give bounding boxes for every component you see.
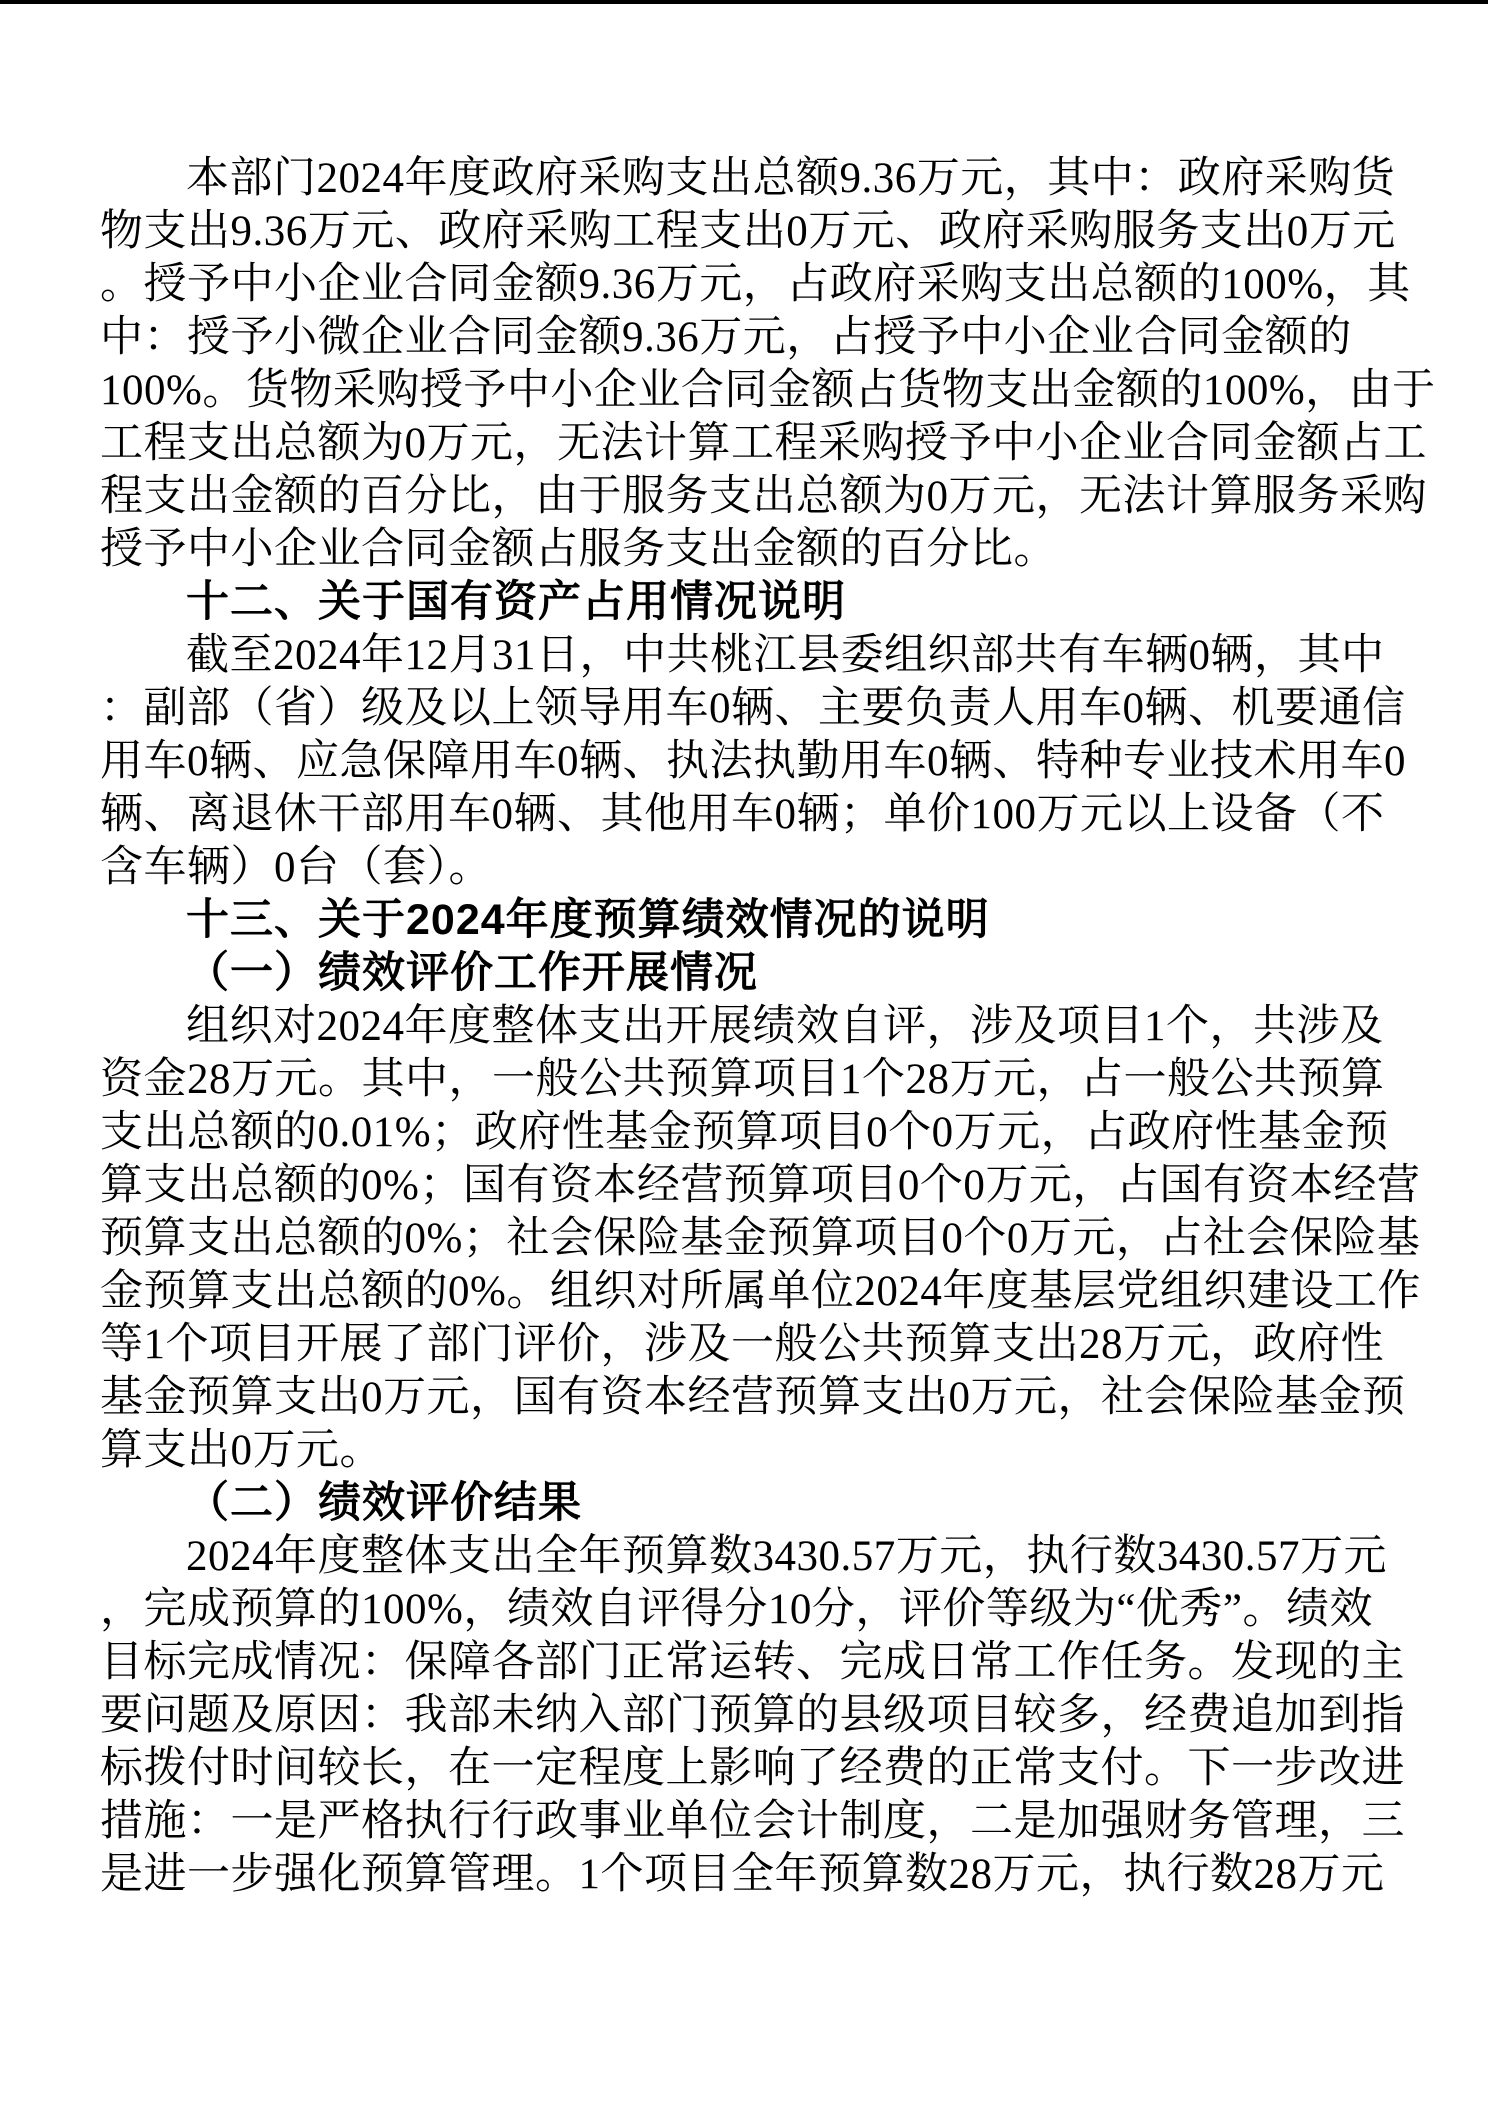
text-line: 等1个项目开展了部门评价，涉及一般公共预算支出28万元，政府性	[100, 1318, 1400, 1371]
section-heading: （一）绩效评价工作开展情况	[100, 947, 1400, 1000]
heading-line: 十三、关于2024年度预算绩效情况的说明	[100, 894, 1400, 947]
heading-line: （二）绩效评价结果	[100, 1477, 1400, 1530]
paragraph: 2024年度整体支出全年预算数3430.57万元，执行数3430.57万元，完成…	[100, 1530, 1400, 1901]
text-line: ，完成预算的100%，绩效自评得分10分，评价等级为“优秀”。绩效	[100, 1583, 1400, 1636]
text-line: ：副部（省）级及以上领导用车0辆、主要负责人用车0辆、机要通信	[100, 682, 1400, 735]
paragraph: 本部门2024年度政府采购支出总额9.36万元，其中：政府采购货物支出9.36万…	[100, 152, 1400, 576]
text-line: 算支出总额的0%；国有资本经营预算项目0个0万元，占国有资本经营	[100, 1159, 1400, 1212]
text-line: 2024年度整体支出全年预算数3430.57万元，执行数3430.57万元	[100, 1530, 1400, 1583]
text-line: 授予中小企业合同金额占服务支出金额的百分比。	[100, 523, 1400, 576]
text-line: 截至2024年12月31日，中共桃江县委组织部共有车辆0辆，其中	[100, 629, 1400, 682]
text-line: 100%。货物采购授予中小企业合同金额占货物支出金额的100%，由于	[100, 364, 1400, 417]
paragraph: 组织对2024年度整体支出开展绩效自评，涉及项目1个，共涉及资金28万元。其中，…	[100, 1000, 1400, 1477]
text-line: 。授予中小企业合同金额9.36万元，占政府采购支出总额的100%，其	[100, 258, 1400, 311]
page-top-edge-bar	[0, 0, 1488, 4]
text-line: 资金28万元。其中，一般公共预算项目1个28万元，占一般公共预算	[100, 1053, 1400, 1106]
text-line: 物支出9.36万元、政府采购工程支出0万元、政府采购服务支出0万元	[100, 205, 1400, 258]
text-line: 要问题及原因：我部未纳入部门预算的县级项目较多，经费追加到指	[100, 1689, 1400, 1742]
paragraph: 截至2024年12月31日，中共桃江县委组织部共有车辆0辆，其中：副部（省）级及…	[100, 629, 1400, 894]
text-line: 用车0辆、应急保障用车0辆、执法执勤用车0辆、特种专业技术用车0	[100, 735, 1400, 788]
text-line: 预算支出总额的0%；社会保险基金预算项目0个0万元，占社会保险基	[100, 1212, 1400, 1265]
text-line: 本部门2024年度政府采购支出总额9.36万元，其中：政府采购货	[100, 152, 1400, 205]
text-line: 中：授予小微企业合同金额9.36万元，占授予中小企业合同金额的	[100, 311, 1400, 364]
text-line: 程支出金额的百分比，由于服务支出总额为0万元，无法计算服务采购	[100, 470, 1400, 523]
text-line: 支出总额的0.01%；政府性基金预算项目0个0万元，占政府性基金预	[100, 1106, 1400, 1159]
text-line: 基金预算支出0万元，国有资本经营预算支出0万元，社会保险基金预	[100, 1371, 1400, 1424]
text-line: 工程支出总额为0万元，无法计算工程采购授予中小企业合同金额占工	[100, 417, 1400, 470]
document-page: { "page": { "background_color": "#ffffff…	[0, 0, 1488, 2104]
text-line: 辆、离退休干部用车0辆、其他用车0辆；单价100万元以上设备（不	[100, 788, 1400, 841]
text-line: 含车辆）0台（套）。	[100, 841, 1400, 894]
heading-line: 十二、关于国有资产占用情况说明	[100, 576, 1400, 629]
text-line: 金预算支出总额的0%。组织对所属单位2024年度基层党组织建设工作	[100, 1265, 1400, 1318]
text-line: 目标完成情况：保障各部门正常运转、完成日常工作任务。发现的主	[100, 1636, 1400, 1689]
text-line: 措施：一是严格执行行政事业单位会计制度，二是加强财务管理，三	[100, 1795, 1400, 1848]
section-heading: （二）绩效评价结果	[100, 1477, 1400, 1530]
text-line: 组织对2024年度整体支出开展绩效自评，涉及项目1个，共涉及	[100, 1000, 1400, 1053]
section-heading: 十二、关于国有资产占用情况说明	[100, 576, 1400, 629]
heading-line: （一）绩效评价工作开展情况	[100, 947, 1400, 1000]
section-heading: 十三、关于2024年度预算绩效情况的说明	[100, 894, 1400, 947]
text-line: 是进一步强化预算管理。1个项目全年预算数28万元，执行数28万元	[100, 1848, 1400, 1901]
text-line: 算支出0万元。	[100, 1424, 1400, 1477]
text-line: 标拨付时间较长，在一定程度上影响了经费的正常支付。下一步改进	[100, 1742, 1400, 1795]
document-content: 本部门2024年度政府采购支出总额9.36万元，其中：政府采购货物支出9.36万…	[100, 152, 1400, 1901]
